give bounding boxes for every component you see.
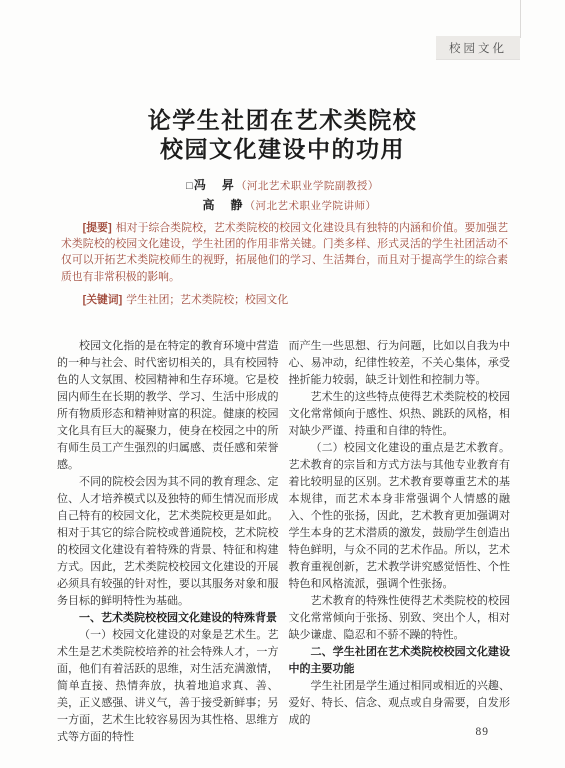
body-paragraph: 校园文化指的是在特定的教育环境中营造的一种与社会、时代密切相关的，具有校园特色的…	[57, 338, 279, 474]
body-paragraph: 不同的院校会因为其不同的教育理念、定位、人才培养模式以及独特的师生情况而形成自己…	[57, 474, 279, 610]
author-name: 冯 昇	[194, 178, 236, 192]
author-line: 高 静（河北艺术职业学院讲师）	[0, 196, 565, 216]
right-column: 而产生一些思想、行为问题，比如以自我为中心、易冲动，纪律性较差，不关心集体，承受…	[289, 338, 511, 746]
body-paragraph: （二）校园文化建设的重点是艺术教育。艺术教育的宗旨和方式方法与其他专业教育有着比…	[289, 440, 511, 593]
journal-page: 校园文化 论学生社团在艺术类院校 校园文化建设中的功用 □冯 昇（河北艺术职业学…	[0, 0, 565, 768]
author-name: 高 静	[202, 198, 244, 212]
section-tab: 校园文化	[436, 36, 520, 60]
body-paragraph: 艺术生的这些特点使得艺术类院校的校园文化常常倾向于感性、炽热、跳跃的风格，相对缺…	[289, 389, 511, 440]
author-affiliation: （河北艺术职业学院讲师）	[245, 201, 377, 212]
article-title-line2: 校园文化建设中的功用	[0, 135, 565, 164]
abstract-block: [提要]相对于综合类院校，艺术类院校的校园文化建设具有独特的内涵和价值。要加强艺…	[61, 220, 508, 308]
author-marker-icon: □	[186, 180, 193, 192]
article-title-line1: 论学生社团在艺术类院校	[0, 106, 565, 135]
article-body: 校园文化指的是在特定的教育环境中营造的一种与社会、时代密切相关的，具有校园特色的…	[57, 338, 510, 746]
abstract-label: [提要]	[83, 222, 112, 234]
body-paragraph: （一）校园文化建设的对象是艺术生。艺术生是艺术类院校培养的社会特殊人才，一方面，…	[57, 627, 279, 746]
section-heading-1: 一、艺术类院校校园文化建设的特殊背景	[57, 610, 279, 627]
body-paragraph: 而产生一些思想、行为问题，比如以自我为中心、易冲动，纪律性较差，不关心集体，承受…	[289, 338, 511, 389]
keywords-label: [关键词]	[83, 294, 123, 306]
page-edge-line	[520, 0, 521, 38]
author-line: □冯 昇（河北艺术职业学院副教授）	[0, 176, 565, 196]
keywords-line: [关键词]学生社团；艺术类院校；校园文化	[61, 292, 508, 308]
abstract-paragraph: [提要]相对于综合类院校，艺术类院校的校园文化建设具有独特的内涵和价值。要加强艺…	[61, 220, 508, 285]
keywords-text: 学生社团；艺术类院校；校园文化	[126, 294, 288, 306]
section-tab-label: 校园文化	[449, 40, 507, 56]
authors-block: □冯 昇（河北艺术职业学院副教授） 高 静（河北艺术职业学院讲师）	[0, 176, 565, 216]
body-paragraph: 学生社团是学生通过相同或相近的兴趣、爱好、特长、信念、观点或自身需要，自发形成的	[289, 678, 511, 729]
section-heading-2: 二、学生社团在艺术类院校校园文化建设中的主要功能	[289, 644, 511, 678]
article-title: 论学生社团在艺术类院校 校园文化建设中的功用	[0, 106, 565, 164]
body-paragraph: 艺术教育的特殊性使得艺术类院校的校园文化常常倾向于张扬、别致、突出个人，相对缺少…	[289, 593, 511, 644]
abstract-text: 相对于综合类院校，艺术类院校的校园文化建设具有独特的内涵和价值。要加强艺术类院校…	[61, 222, 508, 283]
author-affiliation: （河北艺术职业学院副教授）	[236, 181, 379, 192]
left-column: 校园文化指的是在特定的教育环境中营造的一种与社会、时代密切相关的，具有校园特色的…	[57, 338, 279, 746]
page-number: 89	[476, 726, 490, 738]
